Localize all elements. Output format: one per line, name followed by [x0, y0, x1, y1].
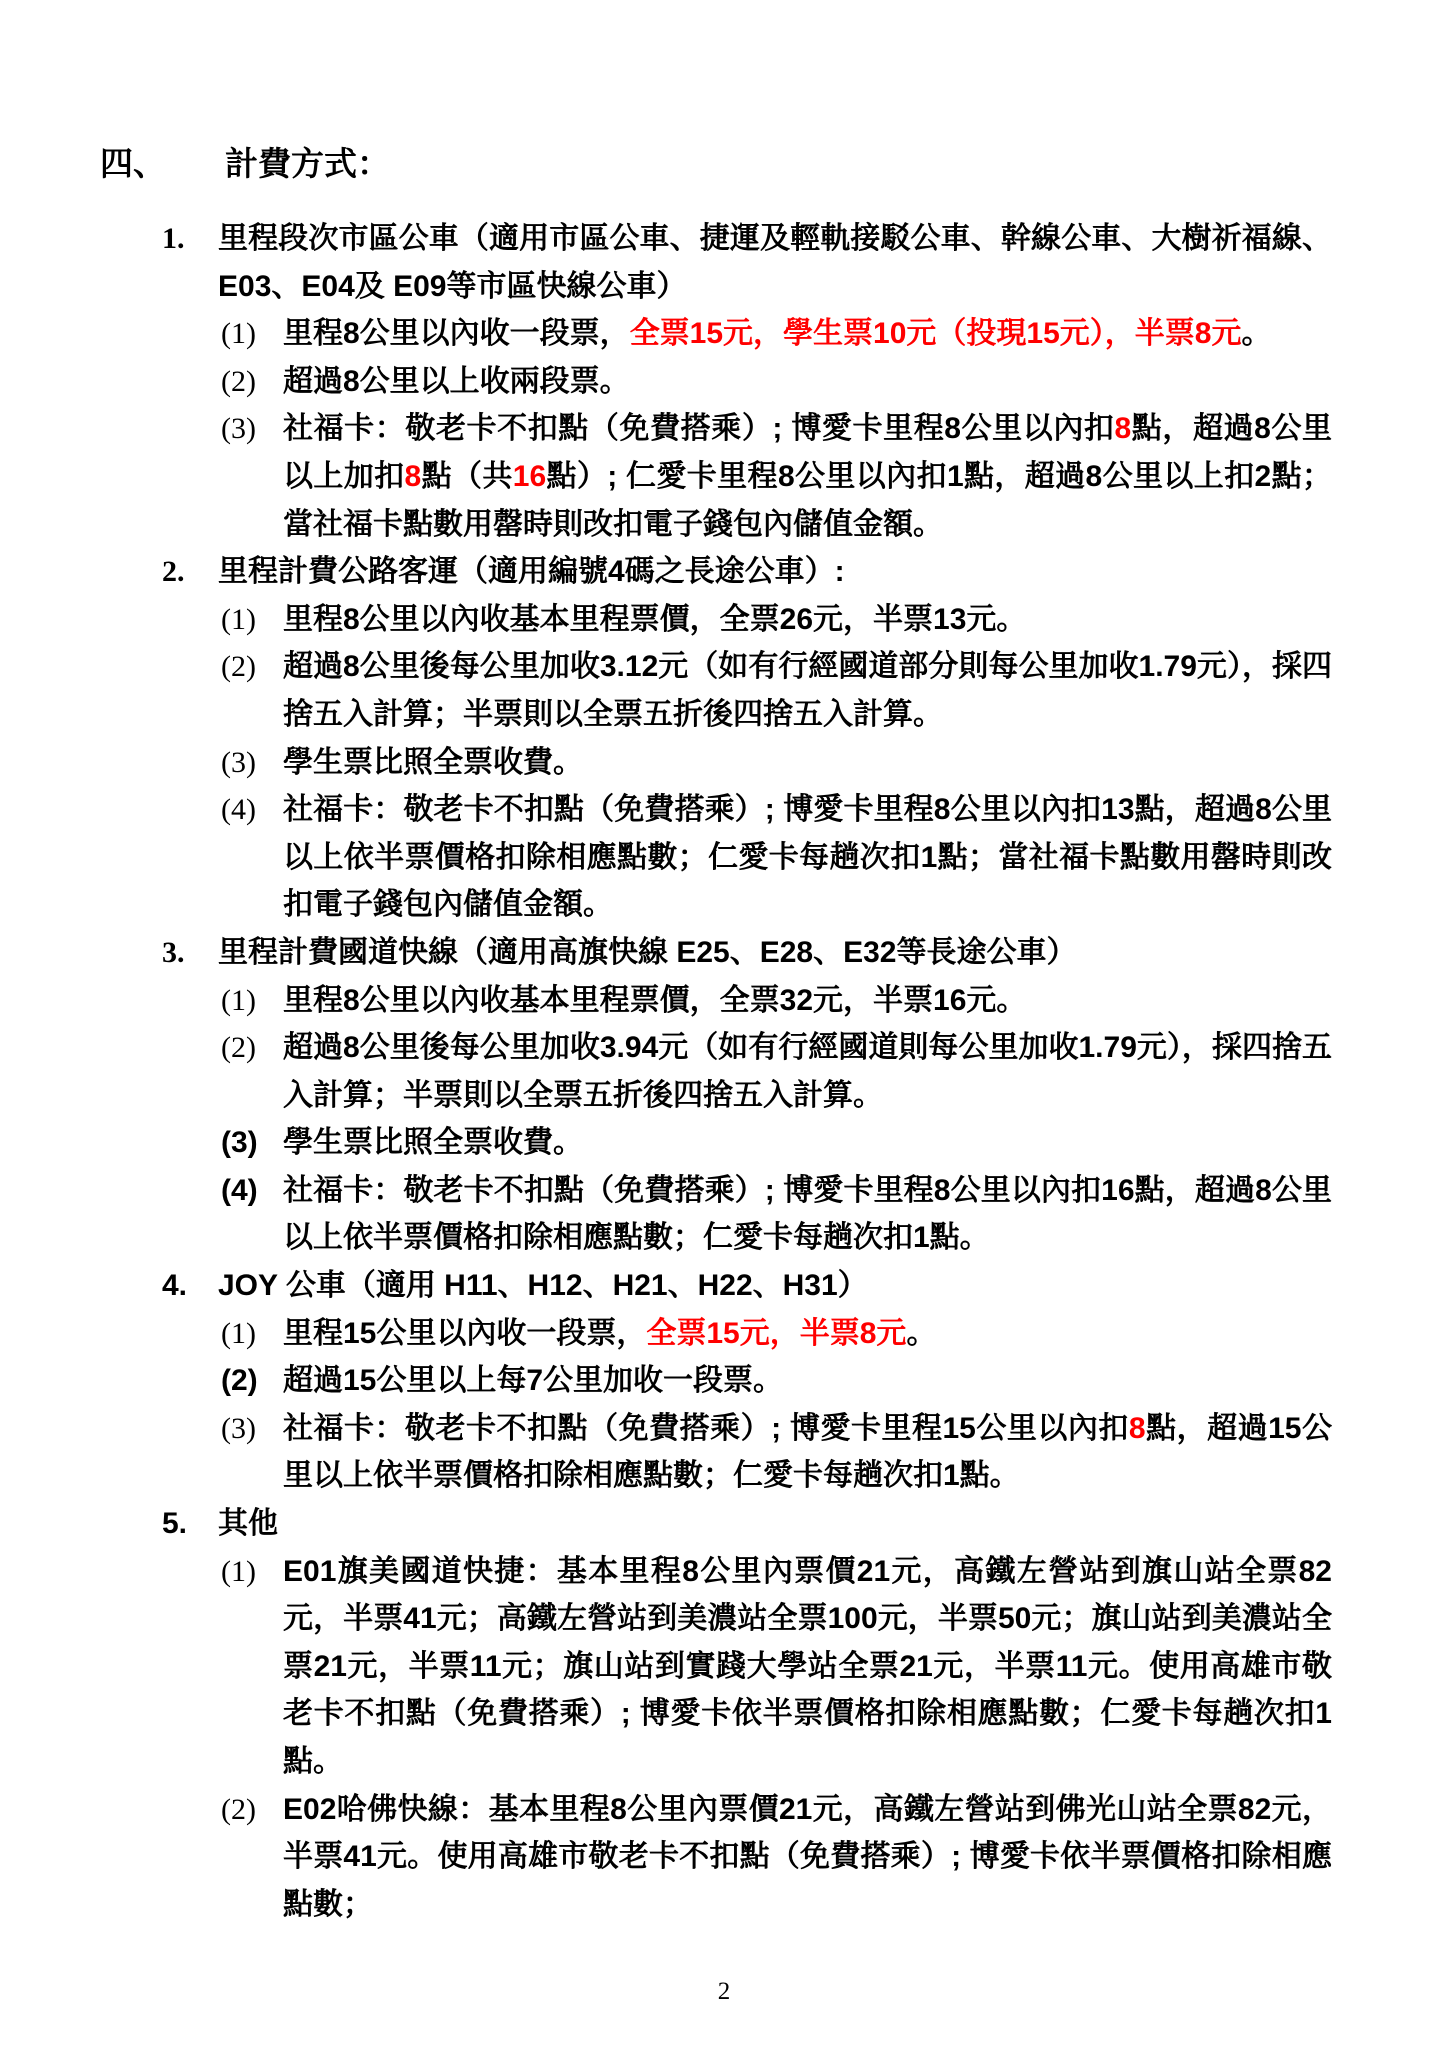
text-run: 超過15公里以上每7公里加收一段票。 [283, 1364, 783, 1397]
text-run: 全票15元，學生票10元（投現15元），半票8元 [630, 317, 1242, 350]
item-text: 學生票比照全票收費。 [283, 739, 1332, 787]
section-title: 里程計費國道快線（適用高旗快線 E25、E28、E32等長途公車） [218, 929, 1332, 977]
item-text: 超過8公里後每公里加收3.12元（如有行經國道部分則每公里加收1.79元），採四… [283, 643, 1332, 738]
item-marker: (1) [221, 310, 283, 358]
text-run: 8 [1129, 1412, 1146, 1445]
section-4: 4.JOY 公車（適用 H11、H12、H21、H22、H31）(1)里程15公… [162, 1262, 1332, 1500]
list-item: (1)里程8公里以內收一段票，全票15元，學生票10元（投現15元），半票8元。 [221, 310, 1332, 358]
list-item: (2)超過15公里以上每7公里加收一段票。 [221, 1357, 1332, 1405]
list-item: (2)超過8公里後每公里加收3.94元（如有行經國道則每公里加收1.79元），採… [221, 1024, 1332, 1119]
text-run: 8 [405, 460, 422, 493]
item-text: 社福卡：敬老卡不扣點（免費搭乘）; 博愛卡里程8公里以內扣8點，超過8公里以上加… [283, 405, 1332, 548]
item-text: 里程15公里以內收一段票，全票15元，半票8元。 [283, 1310, 1332, 1358]
section-1: 1.里程段次市區公車（適用市區公車、捷運及輕軌接駁公車、幹線公車、大樹祈福線、E… [162, 215, 1332, 548]
item-marker: (2) [221, 643, 283, 738]
item-marker: (3) [221, 1405, 283, 1500]
text-run: 里程8公里以內收基本里程票價，全票26元，半票13元。 [283, 603, 1026, 636]
section-title: JOY 公車（適用 H11、H12、H21、H22、H31） [218, 1262, 1332, 1310]
text-run: 超過8公里後每公里加收3.94元（如有行經國道則每公里加收1.79元），採四捨五… [283, 1031, 1332, 1112]
heading-number: 四、 [100, 138, 225, 190]
section-title: 里程計費公路客運（適用編號4碼之長途公車）: [218, 548, 1332, 596]
item-text: 社福卡：敬老卡不扣點（免費搭乘）; 博愛卡里程8公里以內扣16點，超過8公里以上… [283, 1167, 1332, 1262]
list-item: (3)學生票比照全票收費。 [221, 739, 1332, 787]
text-run: 學生票比照全票收費。 [283, 746, 583, 779]
list-item: (3)社福卡：敬老卡不扣點（免費搭乘）; 博愛卡里程8公里以內扣8點，超過8公里… [221, 405, 1332, 548]
section-title: 其他 [218, 1500, 1332, 1548]
item-marker: (1) [221, 1310, 283, 1358]
section-number: 4. [162, 1262, 218, 1310]
list-item: (1)E01旗美國道快捷：基本里程8公里內票價21元，高鐵左營站到旗山站全票82… [221, 1548, 1332, 1786]
item-marker: (4) [221, 1167, 283, 1262]
section-heading: 3.里程計費國道快線（適用高旗快線 E25、E28、E32等長途公車） [162, 929, 1332, 977]
text-run: 里程15公里以內收一段票， [283, 1317, 646, 1350]
text-run: 。 [1241, 317, 1271, 350]
item-text: 里程8公里以內收基本里程票價，全票26元，半票13元。 [283, 596, 1332, 644]
section-heading: 2.里程計費公路客運（適用編號4碼之長途公車）: [162, 548, 1332, 596]
section-title: 里程段次市區公車（適用市區公車、捷運及輕軌接駁公車、幹線公車、大樹祈福線、E03… [218, 215, 1332, 310]
text-run: 16 [513, 460, 546, 493]
page-title: 計費方式： [225, 138, 390, 190]
section-heading: 5.其他 [162, 1500, 1332, 1548]
item-text: 超過8公里以上收兩段票。 [283, 358, 1332, 406]
text-run: 超過8公里以上收兩段票。 [283, 365, 630, 398]
item-marker: (2) [221, 358, 283, 406]
text-run: 。 [906, 1317, 936, 1350]
text-run: 超過8公里後每公里加收3.12元（如有行經國道部分則每公里加收1.79元），採四… [283, 650, 1332, 731]
item-text: 超過8公里後每公里加收3.94元（如有行經國道則每公里加收1.79元），採四捨五… [283, 1024, 1332, 1119]
item-text: 社福卡：敬老卡不扣點（免費搭乘）; 博愛卡里程8公里以內扣13點，超過8公里以上… [283, 786, 1332, 929]
list-item: (3)社福卡：敬老卡不扣點（免費搭乘）; 博愛卡里程15公里以內扣8點，超過15… [221, 1405, 1332, 1500]
item-text: 超過15公里以上每7公里加收一段票。 [283, 1357, 1332, 1405]
section-heading: 1.里程段次市區公車（適用市區公車、捷運及輕軌接駁公車、幹線公車、大樹祈福線、E… [162, 215, 1332, 310]
sections: 1.里程段次市區公車（適用市區公車、捷運及輕軌接駁公車、幹線公車、大樹祈福線、E… [162, 215, 1332, 1928]
item-marker: (4) [221, 786, 283, 929]
text-run: 點（共 [421, 460, 513, 493]
section-number: 1. [162, 215, 218, 310]
section-5: 5.其他(1)E01旗美國道快捷：基本里程8公里內票價21元，高鐵左營站到旗山站… [162, 1500, 1332, 1928]
text-run: 學生票比照全票收費。 [283, 1126, 583, 1159]
list-item: (1)里程8公里以內收基本里程票價，全票26元，半票13元。 [221, 596, 1332, 644]
item-text: E02哈佛快線：基本里程8公里內票價21元，高鐵左營站到佛光山站全票82元，半票… [283, 1786, 1332, 1929]
item-marker: (1) [221, 977, 283, 1025]
text-run: 8 [1115, 412, 1132, 445]
item-marker: (2) [221, 1786, 283, 1929]
list-item: (2)超過8公里以上收兩段票。 [221, 358, 1332, 406]
text-run: E02哈佛快線：基本里程8公里內票價21元，高鐵左營站到佛光山站全票82元，半票… [283, 1793, 1332, 1921]
list-item: (1)里程15公里以內收一段票，全票15元，半票8元。 [221, 1310, 1332, 1358]
item-marker: (1) [221, 1548, 283, 1786]
item-text: 里程8公里以內收一段票，全票15元，學生票10元（投現15元），半票8元。 [283, 310, 1332, 358]
section-2: 2.里程計費公路客運（適用編號4碼之長途公車）:(1)里程8公里以內收基本里程票… [162, 548, 1332, 929]
list-item: (2)E02哈佛快線：基本里程8公里內票價21元，高鐵左營站到佛光山站全票82元… [221, 1786, 1332, 1929]
text-run: 全票15元，半票8元 [646, 1317, 906, 1350]
list-item: (2)超過8公里後每公里加收3.12元（如有行經國道部分則每公里加收1.79元）… [221, 643, 1332, 738]
section-heading: 4.JOY 公車（適用 H11、H12、H21、H22、H31） [162, 1262, 1332, 1310]
page-number: 2 [0, 1978, 1448, 2006]
list-item: (3)學生票比照全票收費。 [221, 1119, 1332, 1167]
item-text: 里程8公里以內收基本里程票價，全票32元，半票16元。 [283, 977, 1332, 1025]
document-page: 四、 計費方式： 1.里程段次市區公車（適用市區公車、捷運及輕軌接駁公車、幹線公… [0, 0, 1448, 2048]
item-text: 學生票比照全票收費。 [283, 1119, 1332, 1167]
text-run: 社福卡：敬老卡不扣點（免費搭乘）; 博愛卡里程8公里以內扣 [283, 412, 1115, 445]
item-marker: (2) [221, 1357, 283, 1405]
item-marker: (1) [221, 596, 283, 644]
section-3: 3.里程計費國道快線（適用高旗快線 E25、E28、E32等長途公車）(1)里程… [162, 929, 1332, 1262]
item-marker: (3) [221, 739, 283, 787]
item-text: E01旗美國道快捷：基本里程8公里內票價21元，高鐵左營站到旗山站全票82元，半… [283, 1548, 1332, 1786]
item-marker: (2) [221, 1024, 283, 1119]
list-item: (1)里程8公里以內收基本里程票價，全票32元，半票16元。 [221, 977, 1332, 1025]
list-item: (4)社福卡：敬老卡不扣點（免費搭乘）; 博愛卡里程8公里以內扣13點，超過8公… [221, 786, 1332, 929]
section-number: 3. [162, 929, 218, 977]
section-number: 5. [162, 1500, 218, 1548]
list-item: (4)社福卡：敬老卡不扣點（免費搭乘）; 博愛卡里程8公里以內扣16點，超過8公… [221, 1167, 1332, 1262]
section-number: 2. [162, 548, 218, 596]
text-run: 社福卡：敬老卡不扣點（免費搭乘）; 博愛卡里程15公里以內扣 [283, 1412, 1129, 1445]
text-run: 里程8公里以內收一段票， [283, 317, 630, 350]
item-text: 社福卡：敬老卡不扣點（免費搭乘）; 博愛卡里程15公里以內扣8點，超過15公里以… [283, 1405, 1332, 1500]
item-marker: (3) [221, 405, 283, 548]
text-run: 社福卡：敬老卡不扣點（免費搭乘）; 博愛卡里程8公里以內扣16點，超過8公里以上… [283, 1174, 1332, 1255]
item-marker: (3) [221, 1119, 283, 1167]
document-heading: 四、 計費方式： [0, 0, 1448, 190]
text-run: 里程8公里以內收基本里程票價，全票32元，半票16元。 [283, 984, 1026, 1017]
text-run: 社福卡：敬老卡不扣點（免費搭乘）; 博愛卡里程8公里以內扣13點，超過8公里以上… [283, 793, 1332, 921]
text-run: E01旗美國道快捷：基本里程8公里內票價21元，高鐵左營站到旗山站全票82元，半… [283, 1555, 1332, 1778]
